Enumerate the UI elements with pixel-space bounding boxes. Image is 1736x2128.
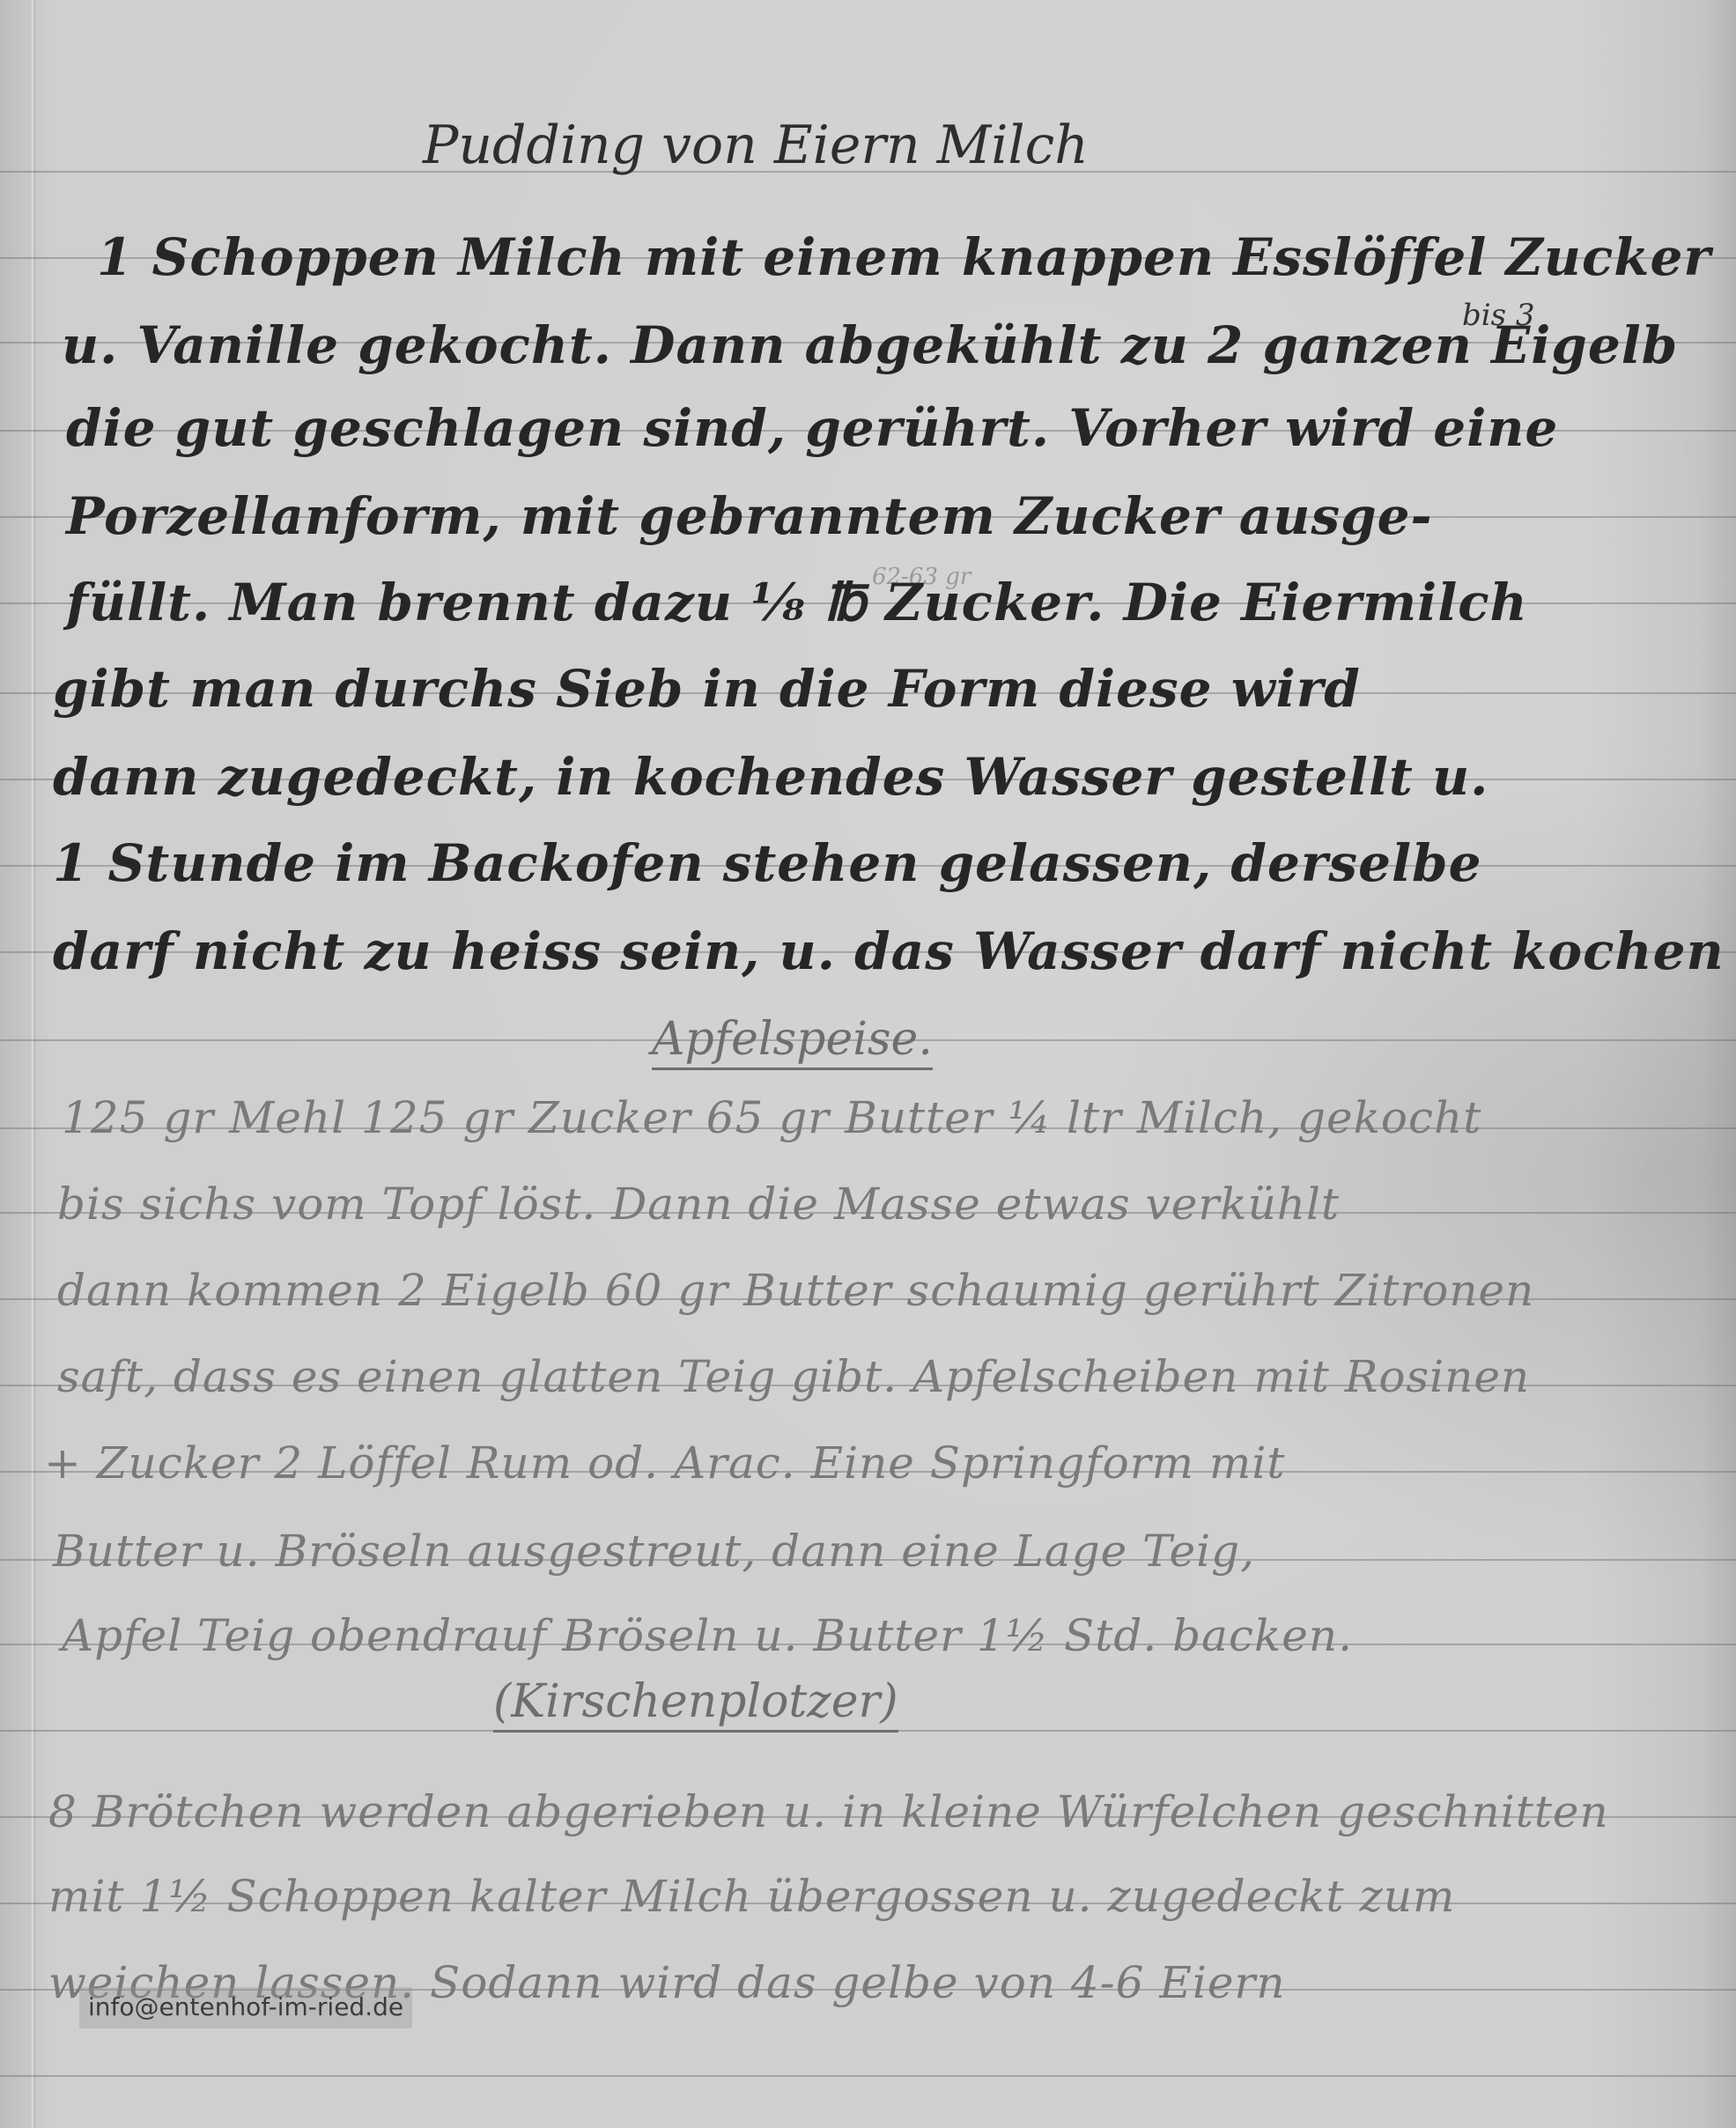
paper-fold-crease (32, 0, 35, 2128)
recipe-1-line: 1 Schoppen Milch mit einem knappen Esslö… (97, 227, 1711, 287)
scanned-page: Pudding von Eiern Milch bis 3 62-63 gr 1… (0, 0, 1736, 2128)
recipe-3-line: mit 1½ Schoppen kalter Milch übergossen … (48, 1871, 1455, 1922)
recipe-2-line: Butter u. Bröseln ausgestreut, dann eine… (53, 1526, 1255, 1577)
recipe-1-line: darf nicht zu heiss sein, u. das Wasser … (53, 921, 1725, 981)
recipe-title-apfelspeise: Apfelspeise. (652, 1013, 933, 1070)
recipe-2-line: saft, dass es einen glatten Teig gibt. A… (57, 1351, 1530, 1402)
recipe-2-line: dann kommen 2 Eigelb 60 gr Butter schaum… (57, 1265, 1534, 1316)
ruled-line (0, 2075, 1736, 2077)
recipe-2-line: bis sichs vom Topf löst. Dann die Masse … (57, 1179, 1340, 1230)
recipe-1-line: füllt. Man brennt dazu ⅛ ℔ Zucker. Die E… (66, 573, 1528, 632)
recipe-1-line: 1 Stunde im Backofen stehen gelassen, de… (53, 833, 1481, 893)
recipe-1-line: gibt man durchs Sieb in die Form diese w… (53, 659, 1361, 719)
recipe-2-line: Apfel Teig obendrauf Bröseln u. Butter 1… (62, 1610, 1353, 1661)
recipe-1-line: Porzellanform, mit gebranntem Zucker aus… (66, 486, 1433, 546)
recipe-title-kirschenplotzer: (Kirschenplotzer) (493, 1675, 898, 1733)
recipe-1-line: die gut geschlagen sind, gerührt. Vorher… (66, 398, 1558, 458)
watermark-email: info@entenhof-im-ried.de (79, 1987, 412, 2028)
recipe-title-pudding: Pudding von Eiern Milch (423, 115, 1089, 176)
recipe-2-line: + Zucker 2 Löffel Rum od. Arac. Eine Spr… (44, 1437, 1285, 1489)
recipe-1-line: u. Vanille gekocht. Dann abgekühlt zu 2 … (62, 315, 1678, 375)
recipe-2-line: 125 gr Mehl 125 gr Zucker 65 gr Butter ¼… (62, 1092, 1481, 1143)
recipe-1-line: dann zugedeckt, in kochendes Wasser gest… (53, 747, 1489, 807)
recipe-3-line: 8 Brötchen werden abgerieben u. in klein… (48, 1786, 1609, 1837)
